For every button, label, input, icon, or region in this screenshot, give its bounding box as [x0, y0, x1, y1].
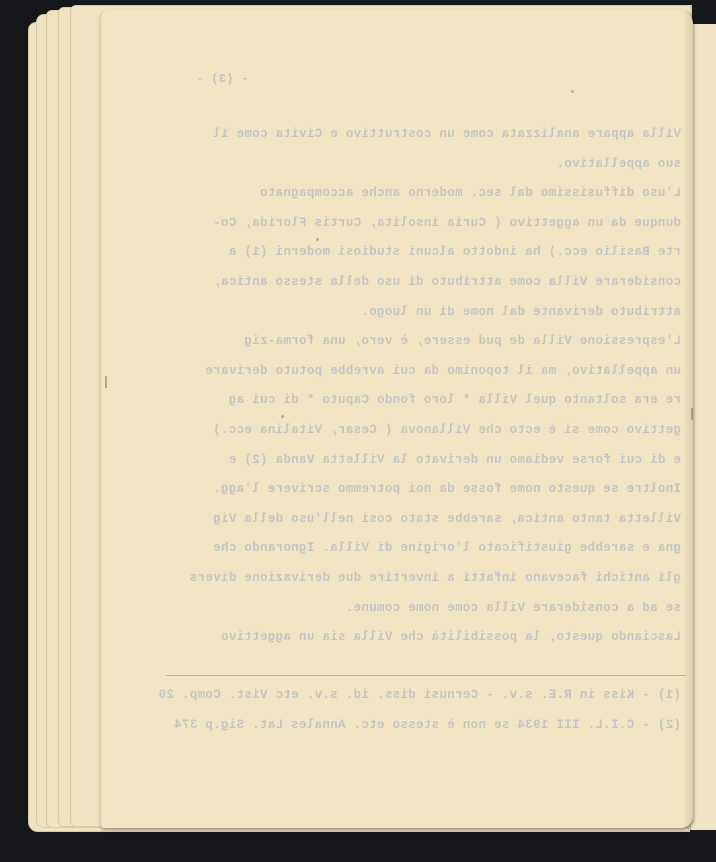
text-line: L'uso diffusissimo dal sec. moderno anch…	[221, 186, 681, 200]
paper-speck	[571, 90, 574, 93]
text-line: un appellativo, ma il toponimo da cui av…	[169, 364, 681, 378]
text-line: e di cui forse vediamo un derivato la Vi…	[169, 453, 681, 467]
text-line: Villetta tanto antica, sarebbe stato cos…	[169, 512, 681, 526]
text-line: dunque da un aggettivo ( Curia insolita,…	[169, 216, 681, 230]
text-line: gli antichi facevano infatti a invertire…	[169, 571, 681, 585]
text-line: L'espressione Villa de pud essere, è ver…	[221, 334, 681, 348]
text-line: se ad a considerare Villa come nome comu…	[169, 601, 681, 615]
text-line: Villa appare analizzata come un costrutt…	[169, 127, 681, 141]
text-line: attributo derivante dal nome di un luogo…	[169, 305, 681, 319]
text-line: Lasciando questo, la possibilità che Vil…	[221, 630, 681, 644]
margin-mark	[105, 376, 107, 388]
text-line: gettivo come si è ecto che Villanova ( C…	[169, 423, 681, 437]
text-line: Inoltre se questo nome fosse da noi potr…	[169, 482, 681, 496]
paper-speck	[281, 415, 284, 418]
text-line: re era soltanto quel Villa * loro fondo …	[169, 393, 681, 407]
footnote-line: (2) - C.I.L. III 1934 se non è stesso et…	[121, 718, 681, 732]
manuscript-page: - (3) - Villa appare analizzata come un …	[100, 10, 693, 828]
text-line: gna e sarebbe giustificato l'origine di …	[169, 541, 681, 555]
paper-speck	[316, 238, 319, 241]
footnote-separator	[166, 675, 686, 676]
facing-page-edge	[690, 24, 716, 830]
text-line: rte Basilio ecc.) ha indotto alcuni stud…	[169, 245, 681, 259]
page-number: - (3) -	[196, 72, 249, 86]
text-line: considerare Villa come attributo di uso …	[169, 275, 681, 289]
binding-mark	[691, 408, 693, 420]
text-line: suo appellativo.	[169, 157, 681, 171]
footnote-line: (1) - Kiss in R.E. s.v. - Cernusi diss. …	[121, 688, 681, 702]
